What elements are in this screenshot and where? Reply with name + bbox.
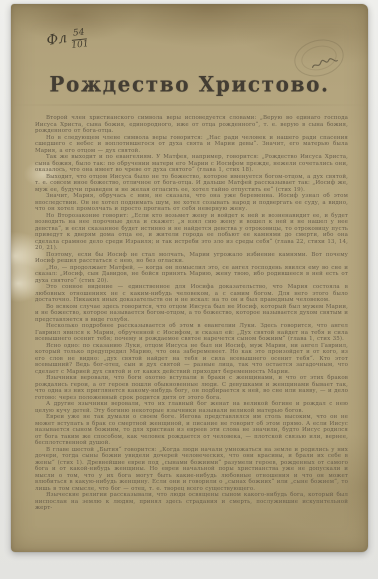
scanned-page: Фл 54 101 Рождество Христово. Второй чле… [11, 4, 368, 552]
archival-mark-prefix: Фл [46, 31, 68, 48]
archival-fraction-denominator: 101 [71, 39, 89, 51]
page-title: Рождество Христово. [11, 71, 368, 96]
photo-backdrop: { "colors": { "backdrop": "#e9e9e6", "pa… [0, 0, 378, 579]
document-paragraph: Поэтому, если бы Иосиф не стал молчать, … [35, 252, 348, 265]
document-body: Второй член христианского символа веры и… [35, 115, 348, 513]
document-paragraph: Ясно одно: по сказанию Луки, отцом Иисус… [35, 343, 348, 376]
document-paragraph: Значит, Мария, обручась с ним, не сказал… [35, 193, 348, 213]
document-paragraph: Языческие религии рассказывали, что люди… [35, 492, 348, 512]
document-paragraph: Выходит, что отцом Иисуса было не то бож… [35, 174, 348, 194]
archival-fraction: 54 101 [69, 28, 88, 51]
document-paragraph: Евреи уже не так думали о своем боге. Ие… [35, 414, 348, 447]
archival-mark: Фл 54 101 [46, 28, 90, 55]
document-paragraph: Но в следующем члене символа веры говори… [35, 135, 348, 155]
document-paragraph: „Но, — продолжает Матфей, — когда он пом… [35, 265, 348, 285]
document-paragraph: В главе шестой „Бытия“ говорится: „Когда… [35, 447, 348, 493]
paper-crease [11, 104, 368, 106]
document-paragraph: А другие язычники веровали, что их главн… [35, 401, 348, 414]
document-paragraph: Второй член христианского символа веры и… [35, 115, 348, 135]
document-paragraph: Так же выходит и по евангелиям. У Матфея… [35, 154, 348, 174]
document-paragraph: Во всяком случае здесь говорится, что от… [35, 304, 348, 324]
document-paragraph: Но Второзаконие говорит: „Если кто возьм… [35, 213, 348, 252]
document-paragraph: Это сонное видение — единственное для Ио… [35, 284, 348, 304]
document-paragraph: Язычники веровали, что боги охотно вступ… [35, 375, 348, 401]
document-paragraph: Несколько подробнее рассказывается об эт… [35, 323, 348, 343]
